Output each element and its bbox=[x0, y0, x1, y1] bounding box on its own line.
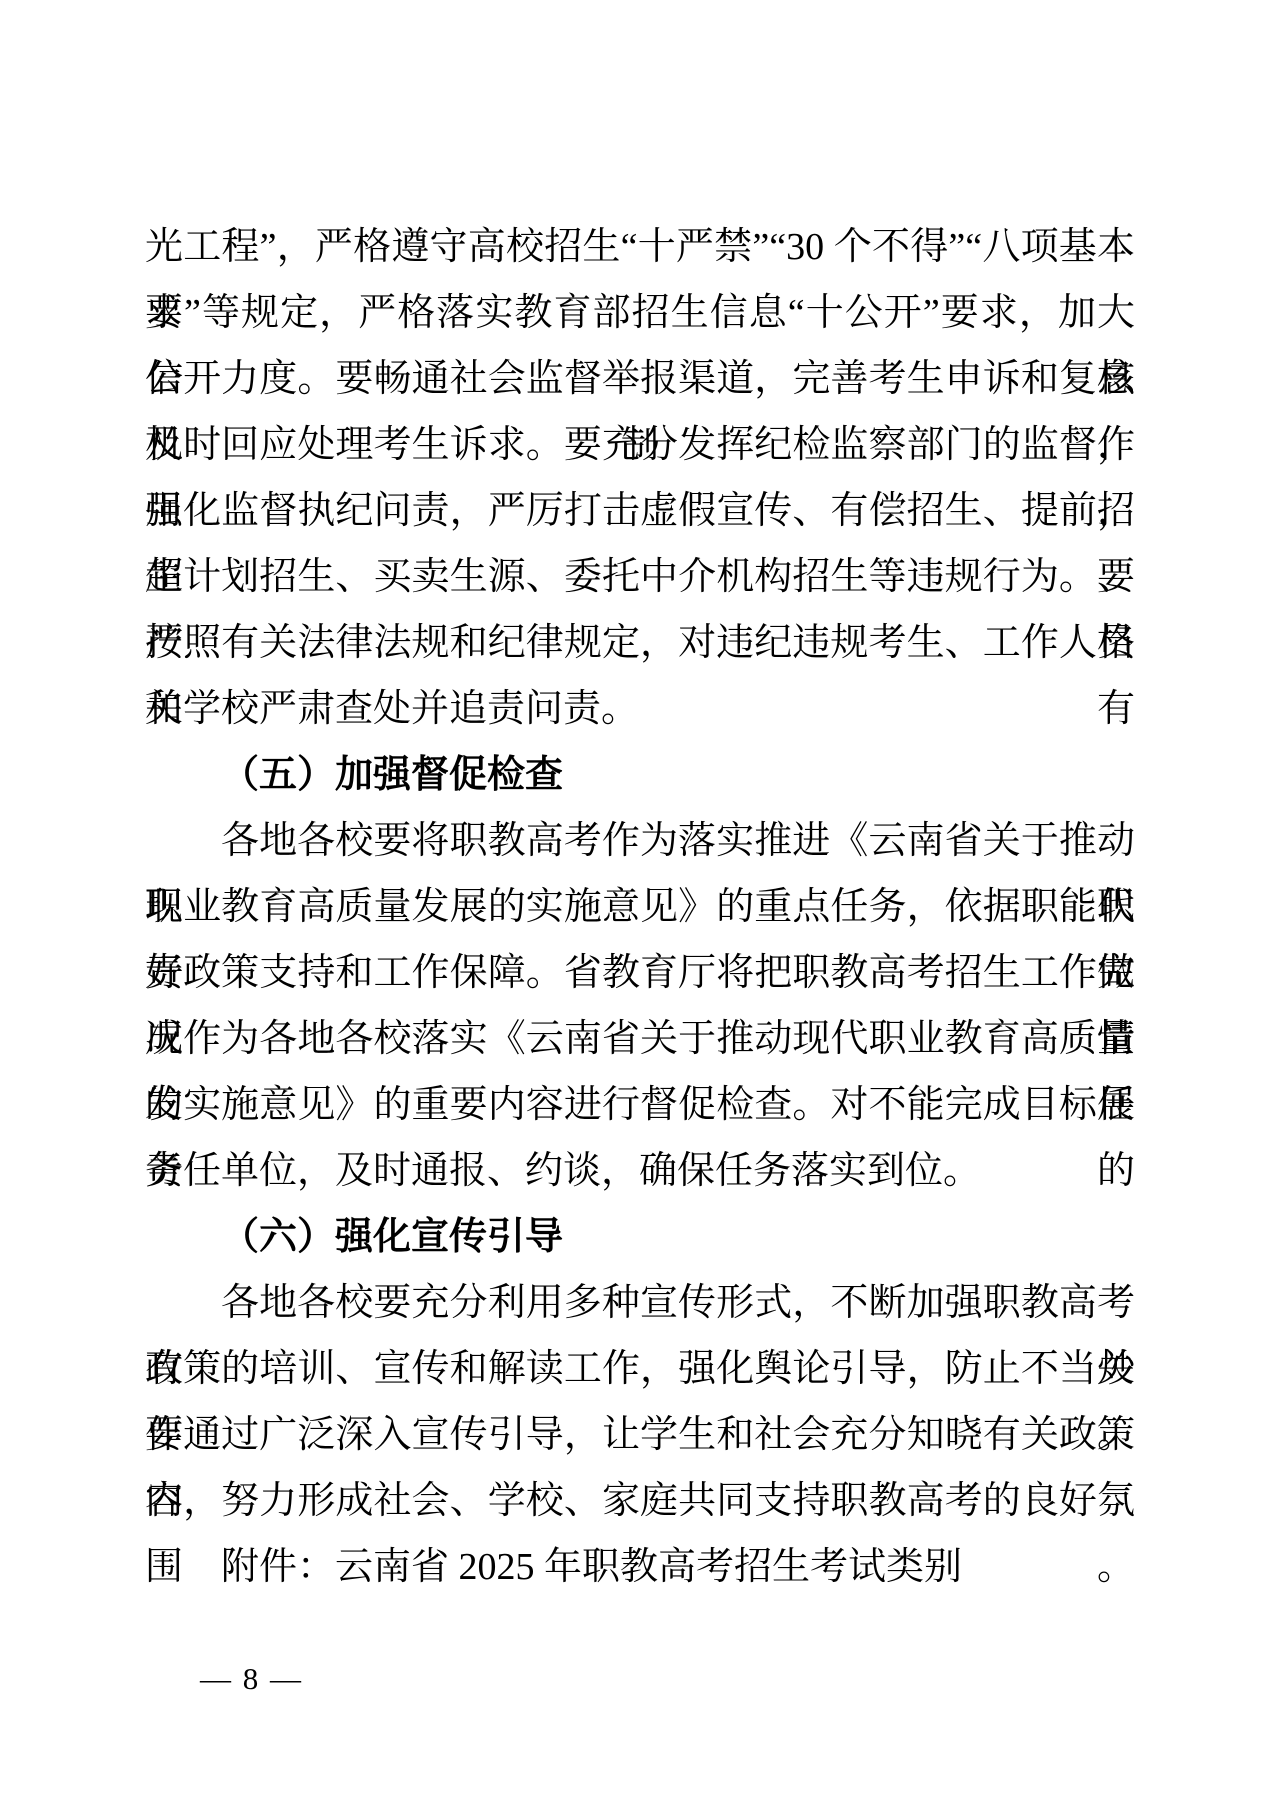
paragraph: 光工程”，严格遵守高校招生“十严禁”“30 个不得”“八项基本要求”等规定，严格… bbox=[145, 214, 1135, 742]
section-heading: （六）强化宣传引导 bbox=[145, 1204, 1135, 1270]
text-line: 况作为各地各校落实《云南省关于推动现代职业教育高质量发展 bbox=[145, 1006, 1135, 1072]
text-line: 的实施意见》的重要内容进行督促检查。对不能完成目标任务的 bbox=[145, 1072, 1135, 1138]
paragraph: 各地各校要将职教高考作为落实推进《云南省关于推动现代职业教育高质量发展的实施意见… bbox=[145, 808, 1135, 1204]
text-line: 超计划招生、买卖生源、委托中介机构招生等违规行为。要严格 bbox=[145, 544, 1135, 610]
text-line: 职业教育高质量发展的实施意见》的重点任务，依据职能职责做 bbox=[145, 874, 1135, 940]
document-page: 光工程”，严格遵守高校招生“十严禁”“30 个不得”“八项基本要求”等规定，严格… bbox=[0, 0, 1280, 1809]
text-line: 求”等规定，严格落实教育部招生信息“十公开”要求，加大信息 bbox=[145, 280, 1135, 346]
section-heading: （五）加强督促检查 bbox=[145, 742, 1135, 808]
text-line: 各地各校要将职教高考作为落实推进《云南省关于推动现代 bbox=[145, 808, 1135, 874]
text-line: （五）加强督促检查 bbox=[145, 742, 1135, 808]
text-line: 要通过广泛深入宣传引导，让学生和社会充分知晓有关政策内 bbox=[145, 1402, 1135, 1468]
text-line: 政策的培训、宣传和解读工作，强化舆论引导，防止不当炒作。 bbox=[145, 1336, 1135, 1402]
text-line: 好政策支持和工作保障。省教育厅将把职教高考招生工作完成情 bbox=[145, 940, 1135, 1006]
text-line: 按照有关法律法规和纪律规定，对违纪违规考生、工作人员和有 bbox=[145, 610, 1135, 676]
paragraph: 各地各校要充分利用多种宣传形式，不断加强职教高考有关政策的培训、宣传和解读工作，… bbox=[145, 1270, 1135, 1534]
text-line: 光工程”，严格遵守高校招生“十严禁”“30 个不得”“八项基本要 bbox=[145, 214, 1135, 280]
text-line: 及时回应处理考生诉求。要充分发挥纪检监察部门的监督作用， bbox=[145, 412, 1135, 478]
page-number: — 8 — bbox=[200, 1659, 303, 1699]
text-line: 容，努力形成社会、学校、家庭共同支持职教高考的良好氛围。 bbox=[145, 1468, 1135, 1534]
document-body: 光工程”，严格遵守高校招生“十严禁”“30 个不得”“八项基本要求”等规定，严格… bbox=[145, 214, 1135, 1600]
text-line: （六）强化宣传引导 bbox=[145, 1204, 1135, 1270]
text-line: 公开力度。要畅通社会监督举报渠道，完善考生申诉和复核机制， bbox=[145, 346, 1135, 412]
text-line: 强化监督执纪问责，严厉打击虚假宣传、有偿招生、提前招生、 bbox=[145, 478, 1135, 544]
text-line: 各地各校要充分利用多种宣传形式，不断加强职教高考有关 bbox=[145, 1270, 1135, 1336]
